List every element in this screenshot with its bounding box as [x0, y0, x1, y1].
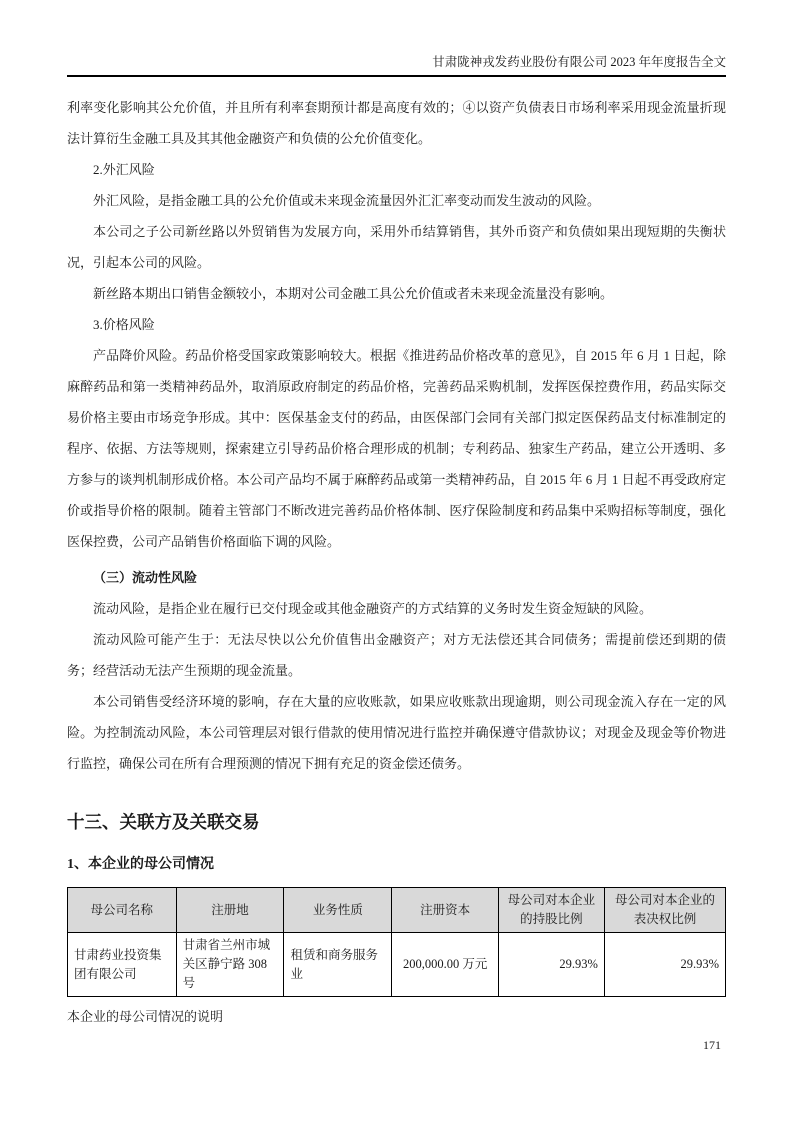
- parent-company-table: 母公司名称 注册地 业务性质 注册资本 母公司对本企业的持股比例 母公司对本企业…: [67, 887, 726, 997]
- table-header-shareholding-ratio: 母公司对本企业的持股比例: [498, 888, 604, 933]
- table-header-business-nature: 业务性质: [284, 888, 392, 933]
- paragraph-fx-risk-title: 2.外汇风险: [67, 154, 726, 185]
- table-note: 本企业的母公司情况的说明: [67, 997, 726, 1027]
- paragraph-interest-rate-risk: 利率变化影响其公允价值，并且所有利率套期预计都是高度有效的；④以资产负债表日市场…: [67, 92, 726, 154]
- paragraph-fx-risk-definition: 外汇风险，是指金融工具的公允价值或未来现金流量因外汇汇率变动而发生波动的风险。: [67, 185, 726, 216]
- paragraph-price-risk-detail: 产品降价风险。药品价格受国家政策影响较大。根据《推进药品价格改革的意见》，自 2…: [67, 340, 726, 557]
- subsection-heading-parent-company: 1、本企业的母公司情况: [67, 855, 726, 875]
- report-header-title: 甘肃陇神戎发药业股份有限公司 2023 年年度报告全文: [432, 55, 726, 69]
- paragraph-price-risk-title: 3.价格风险: [67, 309, 726, 340]
- paragraph-fx-risk-subsidiary: 本公司之子公司新丝路以外贸销售为发展方向，采用外币结算销售，其外币资产和负债如果…: [67, 216, 726, 278]
- table-cell-registered-address: 甘肃省兰州市城关区静宁路 308 号: [176, 933, 284, 997]
- table-cell-parent-name: 甘肃药业投资集团有限公司: [68, 933, 177, 997]
- table-header-voting-ratio: 母公司对本企业的表决权比例: [604, 888, 725, 933]
- table-header-row: 母公司名称 注册地 业务性质 注册资本 母公司对本企业的持股比例 母公司对本企业…: [68, 888, 726, 933]
- table-cell-business-nature: 租赁和商务服务业: [284, 933, 392, 997]
- paragraph-fx-risk-impact: 新丝路本期出口销售金额较小，本期对公司金融工具公允价值或者未来现金流量没有影响。: [67, 278, 726, 309]
- document-page: 甘肃陇神戎发药业股份有限公司 2023 年年度报告全文 利率变化影响其公允价值，…: [0, 0, 793, 1122]
- table-cell-registered-capital: 200,000.00 万元: [392, 933, 499, 997]
- report-header-rule: 甘肃陇神戎发药业股份有限公司 2023 年年度报告全文: [67, 0, 726, 77]
- table-header-registered-address: 注册地: [176, 888, 284, 933]
- paragraph-liquidity-risk-definition: 流动风险，是指企业在履行已交付现金或其他金融资产的方式结算的义务时发生资金短缺的…: [67, 593, 726, 624]
- table-cell-shareholding-ratio: 29.93%: [498, 933, 604, 997]
- paragraph-liquidity-risk-control: 本公司销售受经济环境的影响，存在大量的应收账款，如果应收账款出现逾期，则公司现金…: [67, 686, 726, 779]
- subsection-heading-liquidity-risk: （三）流动性风险: [67, 562, 726, 593]
- table-row-parent-company: 甘肃药业投资集团有限公司 甘肃省兰州市城关区静宁路 308 号 租赁和商务服务业…: [68, 933, 726, 997]
- table-cell-voting-ratio: 29.93%: [604, 933, 725, 997]
- page-number: 171: [703, 1038, 721, 1053]
- section-heading-related-parties: 十三、关联方及关联交易: [67, 810, 726, 834]
- table-header-registered-capital: 注册资本: [392, 888, 499, 933]
- page-content: 利率变化影响其公允价值，并且所有利率套期预计都是高度有效的；④以资产负债表日市场…: [67, 77, 726, 1027]
- table-header-parent-name: 母公司名称: [68, 888, 177, 933]
- paragraph-liquidity-risk-sources: 流动风险可能产生于：无法尽快以公允价值售出金融资产；对方无法偿还其合同债务；需提…: [67, 624, 726, 686]
